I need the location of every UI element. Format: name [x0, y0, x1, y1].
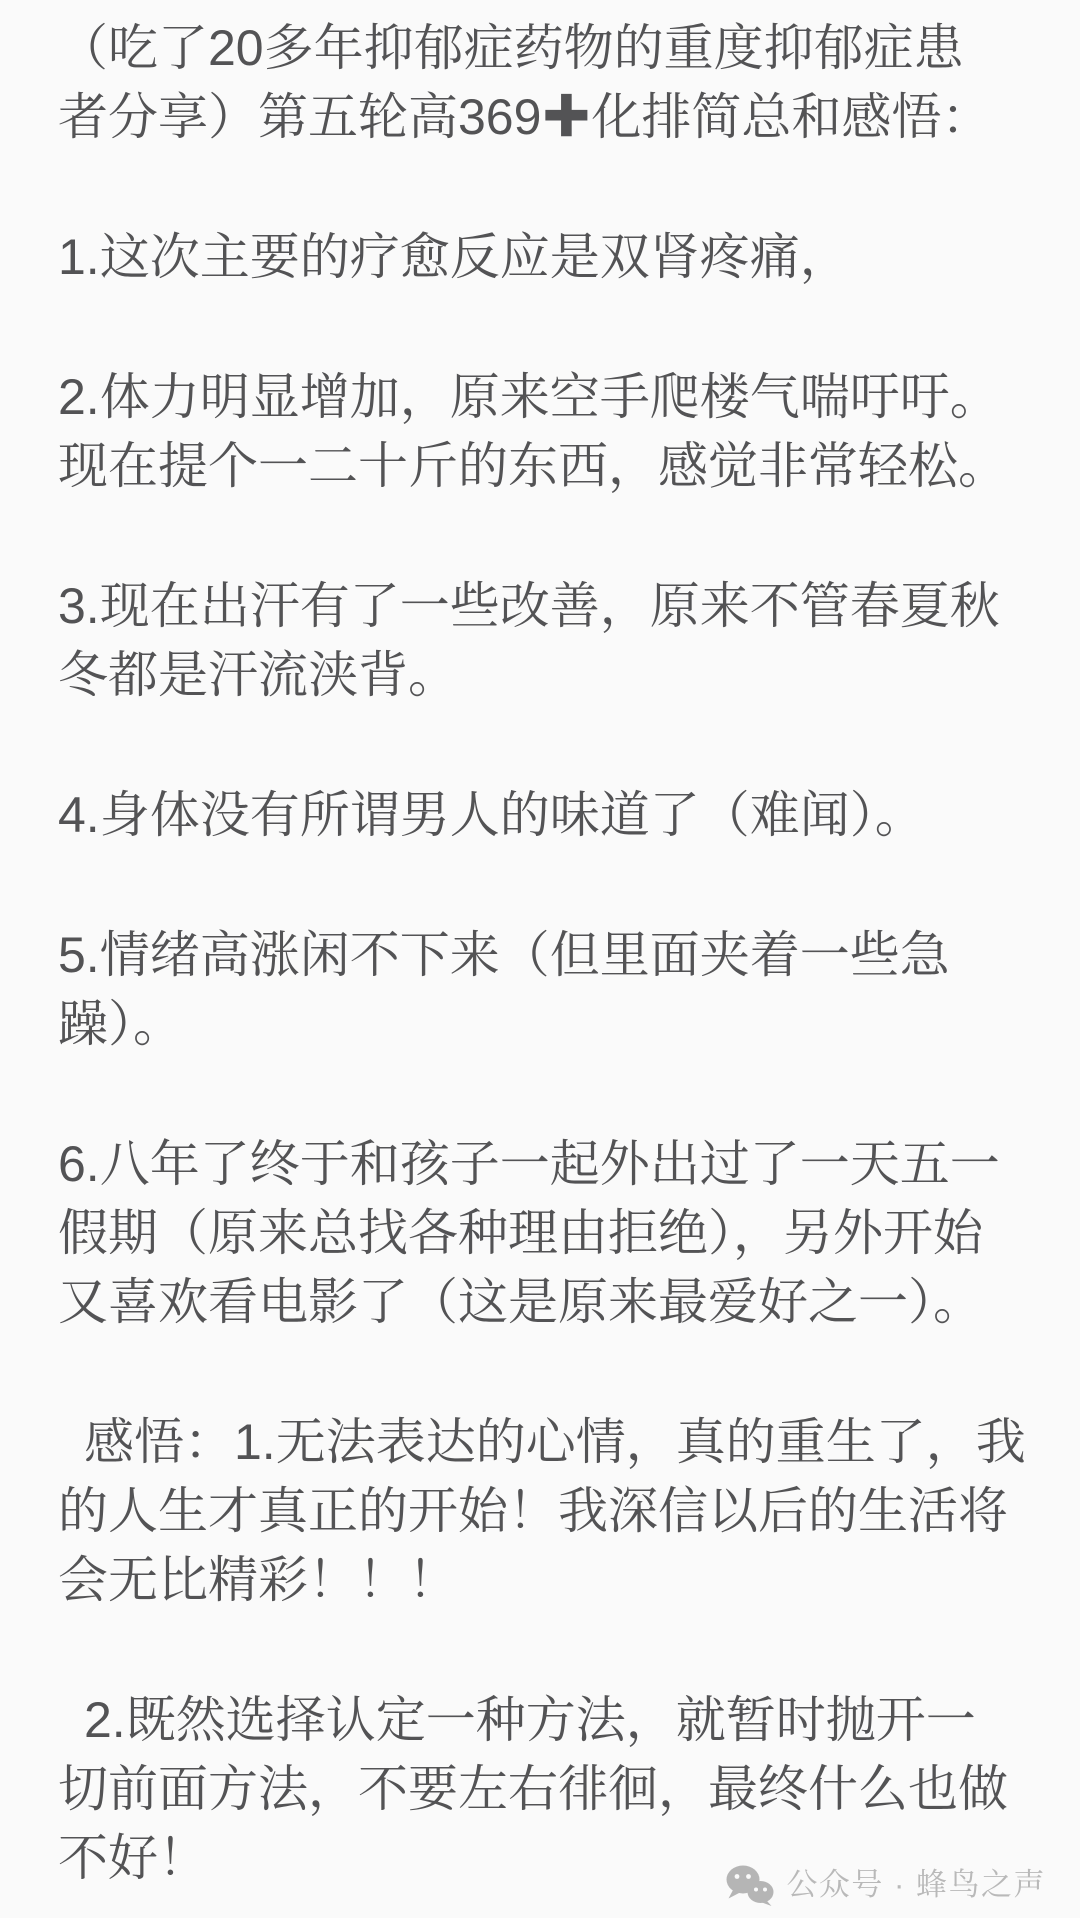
wechat-icon: [724, 1864, 774, 1906]
watermark-label: 公众号 · 蜂鸟之声: [786, 1865, 1046, 1905]
paragraph-6: 6.八年了终于和孩子一起外出过了一天五一 假期（原来总找各种理由拒绝），另外开始…: [58, 1130, 1036, 1337]
watermark: 公众号 · 蜂鸟之声: [724, 1864, 1046, 1906]
paragraph-2: 2.体力明显增加，原来空手爬楼气喘吁吁。 现在提个一二十斤的东西，感觉非常轻松。: [58, 363, 1036, 501]
paragraph-5: 5.情绪高涨闲不下来（但里面夹着一些急 躁）。: [58, 921, 1036, 1059]
article-title: （吃了20多年抑郁症药物的重度抑郁症患 者分享）第五轮高369✚化排简总和感悟：: [58, 14, 1036, 152]
paragraph-1: 1.这次主要的疗愈反应是双肾疼痛，: [58, 223, 1036, 292]
paragraph-4: 4.身体没有所谓男人的味道了（难闻）。: [58, 781, 1036, 850]
article-page: （吃了20多年抑郁症药物的重度抑郁症患 者分享）第五轮高369✚化排简总和感悟：…: [0, 0, 1080, 1918]
reflection-paragraph-2: 2.既然选择认定一种方法，就暂时抛开一 切前面方法，不要左右徘徊，最终什么也做 …: [58, 1686, 1036, 1893]
reflection-paragraph-1: 感悟：1.无法表达的心情，真的重生了，我 的人生才真正的开始！我深信以后的生活将…: [58, 1408, 1036, 1615]
paragraph-3: 3.现在出汗有了一些改善，原来不管春夏秋 冬都是汗流浃背。: [58, 572, 1036, 710]
